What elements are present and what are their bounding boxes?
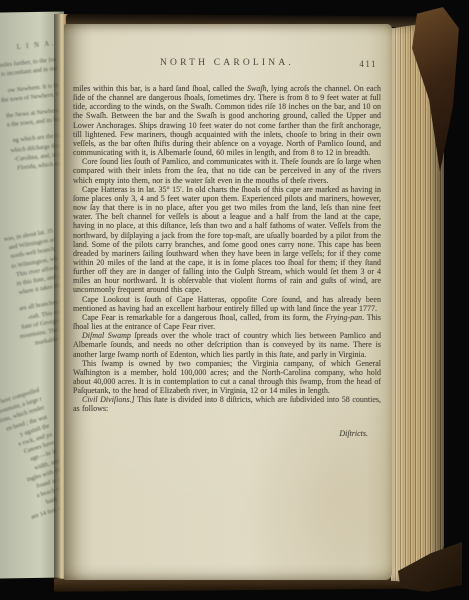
paragraph: Cape Lookout is ſouth of Cape Hatteras, … [73, 295, 381, 313]
text-run-italic: Civil Diviſions.] [82, 395, 135, 404]
text-run: Cape Lookout is ſouth of Cape Hatteras, … [73, 295, 381, 313]
text-run: miles within this bar, is a hard ſand ſh… [73, 84, 247, 93]
paragraph: miles within this bar, is a hard ſand ſh… [73, 84, 381, 157]
page-header: NORTH CAROLINA. 411 [73, 58, 381, 71]
text-run: , lying acroſs the channel. On each ſide… [73, 84, 381, 157]
text-run: Cape Fear is remarkable for a dangerous … [82, 313, 326, 322]
paragraph: Civil Diviſions.] This ſtate is divided … [73, 395, 381, 413]
right-page: NORTH CAROLINA. 411 miles within this ba… [64, 24, 392, 580]
left-page-text-fragment: L I N A. [0, 39, 55, 55]
paragraph: Diſmal Swamp ſpreads over the whole trac… [73, 331, 381, 358]
text-run: Core ſound lies ſouth of Pamlico, and co… [73, 157, 381, 184]
text-run: This ſwamp is owned by two companies; th… [73, 359, 381, 395]
paragraph: Cape Hatteras is in lat. 35° 15′. In old… [73, 185, 381, 295]
paragraph: Cape Fear is remarkable for a dangerous … [73, 313, 381, 331]
paragraph: Core ſound lies ſouth of Pamlico, and co… [73, 157, 381, 184]
page-number: 411 [359, 59, 377, 69]
open-book-photo: L I N A. o miles farther, to the ſou is … [0, 0, 469, 600]
paragraph: This ſwamp is owned by two companies; th… [73, 359, 381, 396]
text-run-italic: Frying-pan [326, 313, 362, 322]
catchword: Diſtricts. [73, 429, 381, 438]
page-text-block: miles within this bar, is a hard ſand ſh… [73, 84, 381, 438]
running-title: NORTH CAROLINA. [73, 58, 381, 68]
text-run: Cape Hatteras is in lat. 35° 15′. In old… [73, 185, 381, 295]
text-run-italic: Swaſh [247, 84, 267, 93]
text-run-italic: Diſmal Swamp [82, 331, 131, 340]
